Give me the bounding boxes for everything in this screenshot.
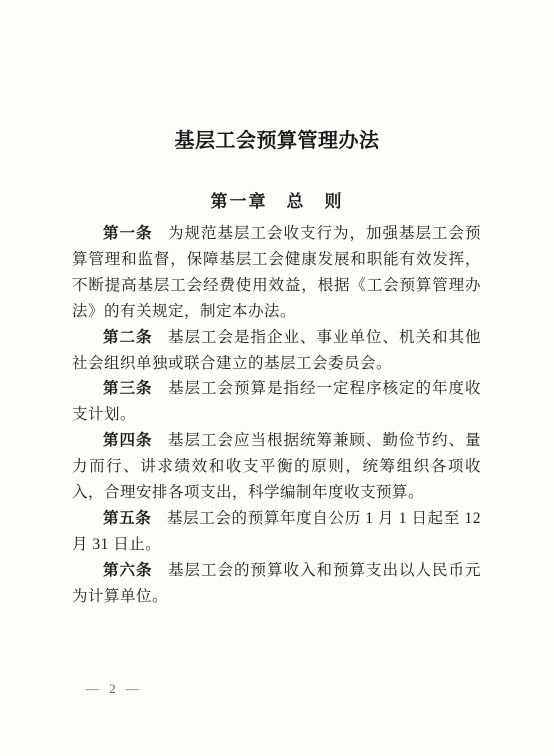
article-paragraph: 第一条为规范基层工会收支行为，加强基层工会预算管理和监督，保障基层工会健康发展和…: [72, 221, 481, 325]
article-number: 第二条: [103, 329, 153, 346]
article-number: 第一条: [103, 225, 153, 242]
article-number: 第四条: [103, 432, 153, 449]
article-number: 第六条: [103, 562, 153, 579]
page-number: — 2 —: [86, 681, 140, 697]
chapter-heading: 第一章 总 则: [0, 190, 554, 214]
article-paragraph: 第四条基层工会应当根据统筹兼顾、勤俭节约、量力而行、讲求绩效和收支平衡的原则，统…: [72, 428, 481, 506]
article-paragraph: 第五条基层工会的预算年度自公历 1 月 1 日起至 12 月 31 日止。: [72, 506, 481, 558]
article-number: 第三条: [103, 380, 153, 397]
document-title: 基层工会预算管理办法: [0, 126, 554, 156]
document-body: 第一条为规范基层工会收支行为，加强基层工会预算管理和监督，保障基层工会健康发展和…: [72, 221, 481, 610]
article-paragraph: 第二条基层工会是指企业、事业单位、机关和其他社会组织单独或联合建立的基层工会委员…: [72, 325, 481, 377]
document-page: 基层工会预算管理办法 第一章 总 则 第一条为规范基层工会收支行为，加强基层工会…: [0, 0, 554, 756]
article-paragraph: 第三条基层工会预算是指经一定程序核定的年度收支计划。: [72, 376, 481, 428]
article-paragraph: 第六条基层工会的预算收入和预算支出以人民币元为计算单位。: [72, 558, 481, 610]
article-number: 第五条: [103, 510, 151, 527]
